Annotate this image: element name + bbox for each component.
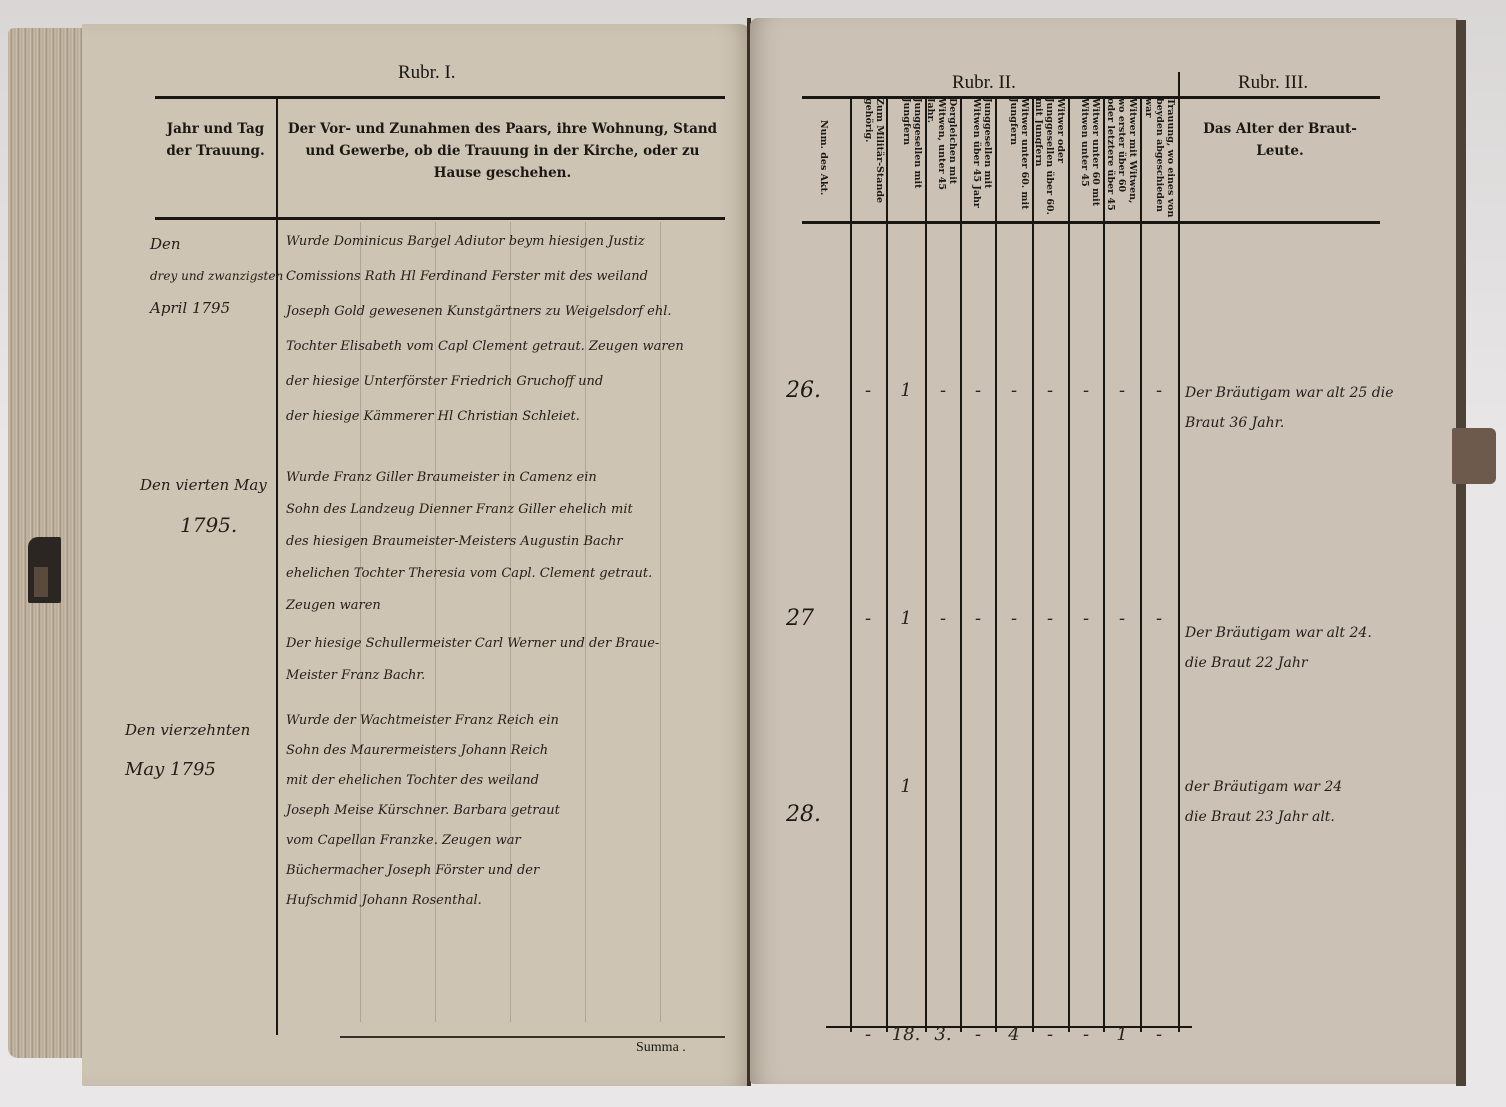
age-text: Der Bräutigam war alt 25 die Braut 36 Ja… bbox=[1185, 378, 1394, 438]
cell: - bbox=[1032, 380, 1068, 401]
column-divider bbox=[995, 97, 997, 1032]
header-bottom-rule bbox=[155, 217, 725, 220]
age-text: Der Bräutigam war alt 24. die Braut 22 J… bbox=[1185, 618, 1372, 678]
column-divider bbox=[1032, 97, 1034, 1032]
col-header-num: Num. des Akt. bbox=[818, 120, 829, 210]
col-header-widows-over-45: Junggesellen mit Witwen über 45 Jahr bbox=[963, 98, 993, 218]
summa-label: Summa . bbox=[636, 1040, 686, 1056]
age-text: der Bräutigam war 24 die Braut 23 Jahr a… bbox=[1185, 772, 1342, 832]
entry-date: Den drey und zwanzigsten April 1795 bbox=[150, 228, 283, 324]
cell-military: - bbox=[850, 380, 886, 401]
column-divider bbox=[925, 97, 927, 1032]
col-header-widower-under-60: Witwer unter 60. mit Jungfern bbox=[998, 98, 1030, 218]
names-column-header: Der Vor- und Zunahmen des Paars, ihre Wo… bbox=[280, 118, 725, 184]
col-header-military: Zum Militär-Stande gehörig. bbox=[853, 98, 885, 218]
cell: - bbox=[1141, 380, 1177, 401]
cell: - bbox=[925, 380, 961, 401]
entry-number: 27 bbox=[786, 606, 814, 631]
cell: - bbox=[1104, 608, 1140, 629]
cell: - bbox=[1032, 608, 1068, 629]
summa-cell: - bbox=[1141, 1024, 1177, 1045]
entry-number: 26. bbox=[786, 378, 821, 403]
cell: - bbox=[1104, 380, 1140, 401]
cell: - bbox=[1141, 608, 1177, 629]
date-column-header: Jahr und Tag der Trauung. bbox=[158, 118, 273, 162]
summa-cell: 3. bbox=[925, 1024, 961, 1045]
entry-text: Wurde Franz Giller Braumeister in Camenz… bbox=[286, 462, 659, 692]
book-cover-edge bbox=[1456, 20, 1466, 1086]
col-header-bachelors-maidens: Junggesellen mit Jungfern bbox=[889, 98, 923, 218]
cell: - bbox=[925, 608, 961, 629]
summa-cell: 4 bbox=[996, 1024, 1032, 1045]
cell-military: - bbox=[850, 608, 886, 629]
col-header-widower-widow: Witwer unter 60 mit Witwen unter 45 bbox=[1071, 98, 1101, 218]
header-top-rule bbox=[155, 96, 725, 99]
cell-bachelors-maidens: 1 bbox=[888, 608, 924, 629]
cell: - bbox=[960, 608, 996, 629]
entry-date: Den vierzehnten May 1795 bbox=[125, 710, 250, 790]
rubric-3-title: Rubr. III. bbox=[1238, 72, 1308, 94]
col-header-over-60: Witwer oder Junggesellen über 60. mit Ju… bbox=[1035, 98, 1066, 218]
summa-cell: 1 bbox=[1104, 1024, 1140, 1045]
column-divider bbox=[1140, 97, 1142, 1032]
summa-cell: - bbox=[960, 1024, 996, 1045]
column-divider bbox=[960, 97, 962, 1032]
summa-cell: - bbox=[1068, 1024, 1104, 1045]
entry-text: Wurde der Wachtmeister Franz Reich ein S… bbox=[286, 706, 560, 916]
col-header-widower-widow-older: Witwer mit Witwen, wo erster über 60 ode… bbox=[1106, 98, 1138, 218]
column-divider bbox=[1103, 97, 1105, 1032]
cell: - bbox=[1068, 380, 1104, 401]
cell-bachelors-maidens: 1 bbox=[888, 776, 924, 797]
entry-date: Den vierten May 1795. bbox=[140, 465, 267, 545]
index-tab-left bbox=[28, 537, 61, 603]
index-tab-right bbox=[1452, 428, 1496, 484]
column-divider bbox=[1068, 97, 1070, 1032]
age-column-header: Das Alter der Braut-Leute. bbox=[1185, 118, 1375, 162]
column-divider bbox=[850, 97, 852, 1032]
cell: - bbox=[996, 608, 1032, 629]
col-header-divorced: Trauung, wo eines von beyden abgeschiede… bbox=[1143, 98, 1176, 218]
header-bottom-rule-right bbox=[802, 221, 1380, 224]
cell: - bbox=[960, 380, 996, 401]
col-header-widows-under-45: Dergleichen mit Witwen, unter 45 Jahr. bbox=[928, 98, 958, 218]
rubric-2-title: Rubr. II. bbox=[952, 72, 1016, 94]
summa-cell: - bbox=[1032, 1024, 1068, 1045]
summa-cell: - bbox=[850, 1024, 886, 1045]
summa-cell: 18. bbox=[888, 1024, 924, 1045]
entry-text: Wurde Dominicus Bargel Adiutor beym hies… bbox=[286, 224, 684, 434]
cell: - bbox=[1068, 608, 1104, 629]
rubric-divider bbox=[1178, 72, 1180, 96]
entry-number: 28. bbox=[786, 802, 821, 827]
cell-bachelors-maidens: 1 bbox=[888, 380, 924, 401]
column-divider bbox=[886, 97, 888, 1032]
column-divider bbox=[1178, 97, 1180, 1032]
cell: - bbox=[996, 380, 1032, 401]
rubric-1-title: Rubr. I. bbox=[398, 62, 456, 84]
summa-rule bbox=[340, 1036, 725, 1038]
